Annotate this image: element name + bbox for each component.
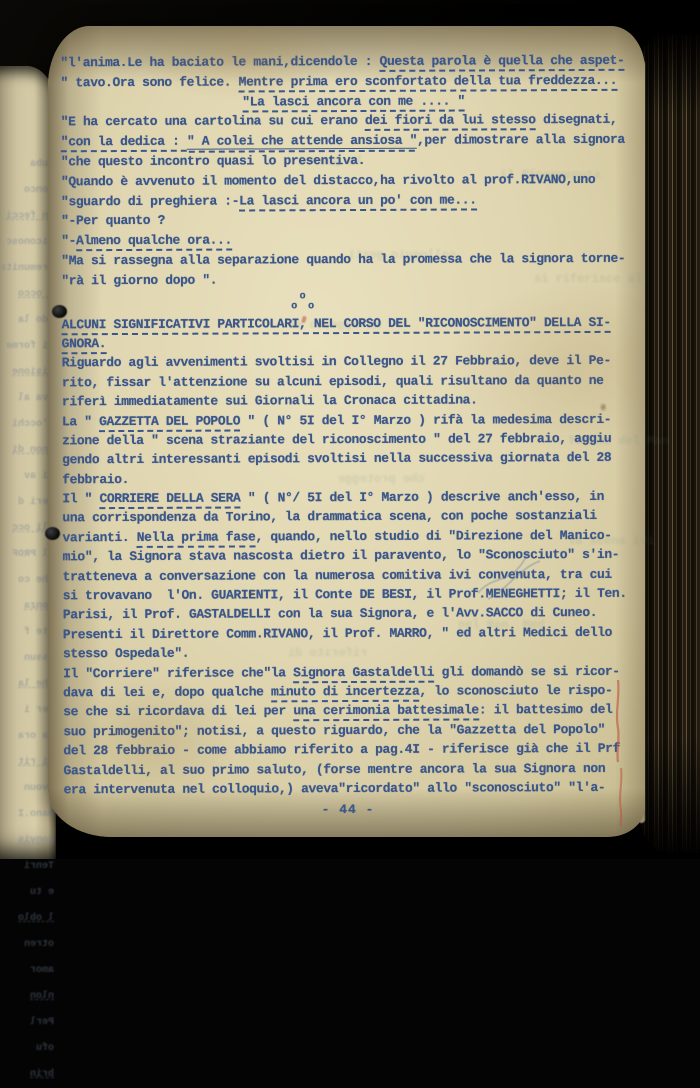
text-run: "che questo incontro quasi lo presentiva… [61, 153, 365, 169]
text-run: La " [62, 414, 99, 429]
text-line: dava di lei e, dopo qualche minuto di in… [63, 681, 649, 703]
text-line: se che si ricordava di lei per una cerim… [63, 700, 649, 722]
text-run: Il "Corriere" riferisce che"la [63, 665, 293, 681]
text-run: " tavo.Ora sono felice. [60, 74, 238, 90]
text-line: era intervenuta nel colloquio,) aveva"ri… [64, 778, 650, 800]
previous-page-fragment: ovoun [2, 776, 54, 802]
text-run: rito, fissar l'attenzione su alcuni epis… [62, 373, 604, 390]
text-line: "La lasci ancora con me .... " [61, 90, 647, 112]
typewritten-text: "l'anima.Le ha baciato le mani,dicendole… [60, 51, 649, 800]
red-margin-marks [608, 678, 638, 828]
text-run: , lo sconosciuto le rispo- [419, 683, 612, 699]
text-line: "rà il giorno dopo ". [61, 268, 647, 290]
previous-page-fragment: per i [2, 698, 54, 724]
previous-page-fragment: cisione [2, 360, 54, 386]
text-line: Gastaldelli, al suo primo saluto, (forse… [63, 758, 649, 780]
text-run: Il " [62, 491, 99, 506]
text-line: zione della " scena straziante del ricon… [62, 429, 648, 451]
text-run: suo primogenito"; notisi, a questo rigua… [63, 722, 605, 739]
text-line: Il " CORRIERE DELLA SERA " ( N°/ 5I del … [62, 487, 648, 509]
previous-page-fragment: ai forme [2, 334, 54, 360]
text-line: La " GAZZETTA DEL POPOLO " ( N° 5I del I… [62, 409, 648, 431]
ink-scribble [466, 531, 556, 606]
text-run: zione della " scena straziante del ricon… [62, 431, 611, 448]
text-line: Riguardo agli avvenimenti svoltisi in Co… [62, 351, 648, 373]
text-run: gendo altri interessanti episodi svoltis… [62, 450, 611, 467]
text-run: "Ma si rassegna alla separazione quando … [61, 251, 625, 268]
text-run: del 28 febbraio - come abbiamo riferito … [63, 741, 620, 758]
text-run: riferì immediatamente sui Giornali la Cr… [62, 393, 478, 410]
text-line: varianti. Nella prima fase, quando, nell… [62, 526, 648, 548]
text-line: una corrispondenza da Torino, la drammat… [62, 506, 648, 528]
text-run: ,per dimostrare alla signora [417, 132, 625, 148]
text-run: una corrispondenza da Torino, la drammat… [62, 508, 596, 525]
text-run: disegnati, [536, 112, 618, 127]
underlined-run: GNORA. [62, 336, 107, 354]
text-line: mio", la Signora stava nascosta dietro i… [63, 545, 649, 567]
binding-bump-2 [45, 527, 60, 540]
text-line: "-Per quanto ? [61, 209, 647, 231]
previous-page-fragment: mano.I [2, 802, 54, 828]
previous-page-fragment: honza [2, 594, 54, 620]
ornament-row: o o [9, 301, 595, 314]
text-run: dava di lei e, dopo qualche [63, 684, 271, 700]
text-run: Presenti il Direttore Comm.RIVANO, il Pr… [63, 625, 612, 642]
text-run: "E ha cercato una cartolina su cui erano [61, 113, 365, 129]
previous-page-fragment: convis [2, 828, 54, 854]
text-line: Presenti il Direttore Comm.RIVANO, il Pr… [63, 623, 649, 645]
underlined-run: Nella prima fase [137, 529, 256, 548]
text-line: "E ha cercato una cartolina su cui erano… [61, 110, 647, 132]
text-run: : il battesimo del [479, 702, 613, 718]
previous-page-fragment: enon di [2, 438, 54, 464]
text-line: gendo altri interessanti episodi svoltis… [62, 448, 648, 470]
text-line: "-Almeno qualche ora... [61, 229, 647, 251]
previous-page-fragment: riconosc [2, 230, 54, 256]
underlined-run: La lasci ancora un po' con me... [239, 192, 477, 211]
text-run: Riguardo agli avvenimenti svoltisi in Co… [62, 353, 611, 370]
previous-page-fragment: ti rit [2, 750, 54, 776]
text-run: "- [61, 233, 76, 248]
previous-page-fragment: issun [2, 646, 54, 672]
text-run: stesso Ospedale". [63, 646, 189, 662]
text-run: "sguardo di preghiera :- [61, 193, 239, 209]
text-run: "-Per quanto ? [61, 213, 165, 228]
underlined-run: una cerimonia battesimale [293, 703, 479, 722]
text-run: " ( N°/ 5I del I° Marzo ) descrive anch'… [240, 489, 604, 506]
text-line: stesso Ospedale". [63, 642, 649, 664]
text-line: tratteneva a conversazione con la numero… [63, 564, 649, 586]
text-run: se che si ricordava di lei per [63, 704, 293, 720]
underlined-run: " A colei che attende ansiosa " [187, 133, 417, 150]
text-line: "con la dedica : " A colei che attende a… [61, 130, 647, 152]
text-line: GNORA. [62, 332, 648, 354]
previous-page-fragment: si av [2, 464, 54, 490]
text-run: Gastaldelli, al suo primo saluto, (forse… [63, 760, 605, 777]
underlined-run: ALCUNI SIGNIFICATIVI PARTICOLARI, NEL CO… [62, 314, 611, 334]
previous-page-fragment: ate f [2, 620, 54, 646]
text-run: varianti. [62, 530, 136, 545]
text-run: febbraio. [62, 472, 129, 487]
text-line: riferì immediatamente sui Giornali la Cr… [62, 390, 648, 412]
previous-page-fragment: Tenri [2, 854, 54, 859]
text-line: " tavo.Ora sono felice. Mentre prima ero… [60, 71, 646, 93]
underlined-run: Almeno qualche ora... [76, 233, 232, 252]
underlined-run: "La lasci ancora con me .... " [242, 93, 465, 112]
text-line: "sguardo di preghiera :-La lasci ancora … [61, 189, 647, 211]
previous-page-fragment: la ora [2, 724, 54, 750]
text-run: era intervenuta nel colloquio,) aveva"ri… [64, 780, 606, 797]
text-run: Parisi, il Prof. GASTALDELLI con la sua … [63, 605, 597, 622]
document-page: la guerrail Riconvenutacolloquio gestisi… [48, 26, 645, 837]
text-line: "Ma si rassegna alla separazione quando … [61, 249, 647, 271]
previous-page-fragment: premunita [2, 256, 54, 282]
text-line: "l'anima.Le ha baciato le mani,dicendole… [60, 51, 646, 73]
underlined-run: minuto di incertezza [271, 684, 420, 703]
text-run: " ( N° 5I del I° Marzo ) rifà la medesim… [240, 411, 611, 428]
underlined-run: GAZZETTA DEL POPOLO [99, 413, 240, 432]
previous-page-fragment: ronco [2, 178, 54, 204]
underlined-run: Mentre prima ero sconfortato della tua f… [239, 73, 618, 93]
text-line: "che questo incontro quasi lo presentiva… [61, 150, 647, 172]
text-run: gli domandò se si ricor- [434, 663, 620, 679]
text-run: "l'anima.Le ha baciato le mani,dicendole… [60, 54, 379, 70]
underlined-run: Signora Gastaldelli [293, 664, 434, 683]
book-photo: aubaroncoin fecciriconoscpremunitaa occo… [0, 0, 700, 859]
previous-page-fragment: che la [2, 672, 54, 698]
previous-page-fragment: che co [2, 568, 54, 594]
underlined-run: dei fiori da lui stesso [365, 113, 536, 132]
text-line: febbraio. [62, 467, 648, 489]
text-line: ALCUNI SIGNIFICATIVI PARTICOLARI, NEL CO… [62, 312, 648, 334]
binding-bump-1 [52, 305, 67, 318]
text-line: suo primogenito"; notisi, a questo rigua… [63, 719, 649, 741]
previous-page-fragment: auba [2, 152, 54, 178]
page-number: - 44 - [278, 802, 418, 817]
text-run: "rà il giorno dopo ". [61, 272, 217, 288]
previous-page-fragment: peri d [2, 490, 54, 516]
previous-page-fragment: il PROF [2, 542, 54, 568]
text-line: del 28 febbraio - come abbiamo riferito … [63, 739, 649, 761]
text-line: Il "Corriere" riferisce che"la Signora G… [63, 661, 649, 683]
previous-page-ghost-text: aubaroncoin fecciriconoscpremunitaa occo… [2, 152, 54, 859]
text-line: Parisi, il Prof. GASTALDELLI con la sua … [63, 603, 649, 625]
text-run: "Quando è avvenuto il momento del distac… [61, 172, 595, 189]
text-line: "Quando è avvenuto il momento del distac… [61, 170, 647, 192]
previous-page-fragment: l'occhi [2, 412, 54, 438]
underlined-run: Questa parola è quella che aspet- [380, 53, 625, 72]
previous-page-fragment: in fecci [2, 204, 54, 230]
text-line: rito, fissar l'attenzione su alcuni epis… [62, 370, 648, 392]
text-line: si trovavano l'On. GUARIENTI, il Conte D… [63, 584, 649, 606]
section-divider-ornament: oo o [9, 289, 595, 316]
underlined-run: "con la dedica : [61, 134, 187, 153]
previous-page-fragment: ava al [2, 386, 54, 412]
underlined-run: CORRIERE DELLA SERA [99, 491, 240, 510]
text-run: , quando, nello studio di "Direzione del… [255, 528, 611, 545]
